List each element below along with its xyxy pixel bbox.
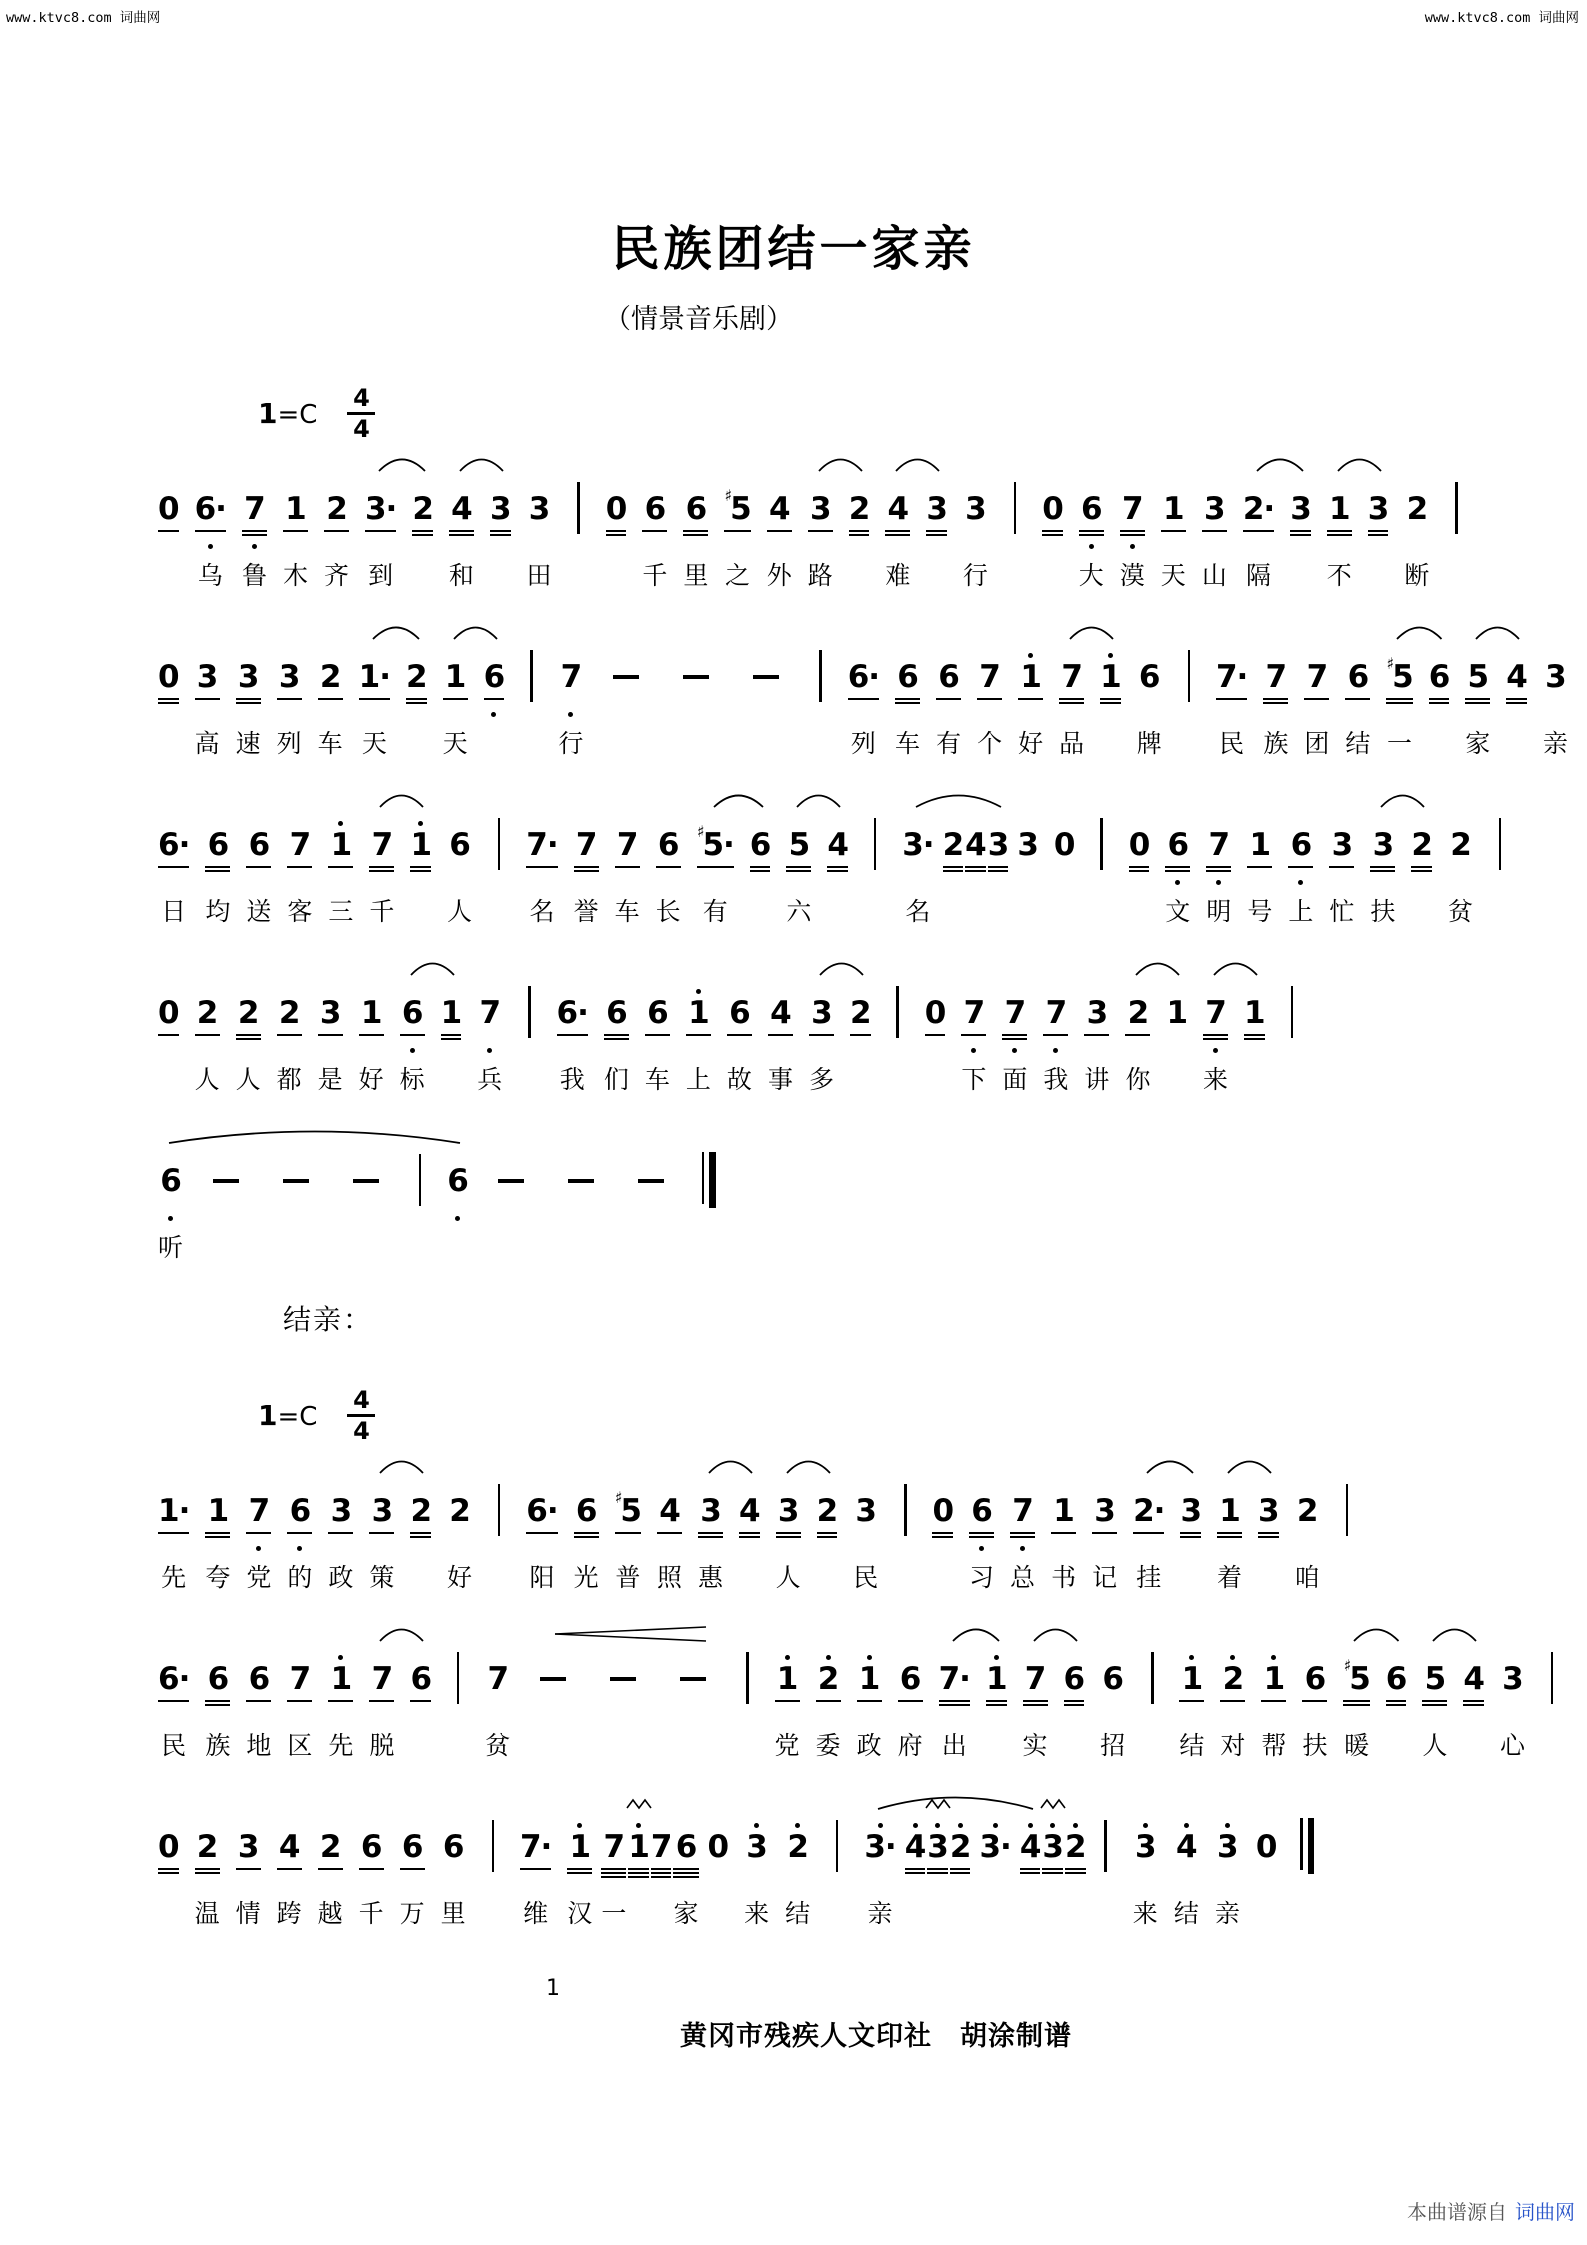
beam-underlines	[1059, 696, 1084, 708]
note-number: 1	[331, 1660, 352, 1698]
beam-underlines	[969, 1530, 994, 1542]
beam-underlines	[1304, 696, 1329, 708]
note-number: 1	[410, 826, 431, 864]
lyric-syllable	[417, 1228, 423, 1262]
dash-mark	[610, 1660, 636, 1698]
beam-underlines	[574, 864, 599, 876]
low-octave-dot	[491, 712, 496, 717]
beam-underlines	[1020, 1866, 1041, 1878]
octave-dot-area	[1143, 1814, 1148, 1828]
underline	[205, 1700, 230, 1702]
lyric-syllable	[1098, 892, 1104, 926]
bar-line-mark	[1100, 826, 1103, 864]
lyric-syllable	[715, 1894, 721, 1928]
underline	[1217, 1536, 1242, 1538]
note: 0	[156, 980, 181, 1094]
underline	[242, 534, 267, 536]
duration-dash	[681, 644, 711, 758]
underline	[1002, 1038, 1027, 1040]
beam-underlines	[943, 864, 964, 876]
note: 7我	[1041, 980, 1070, 1094]
octave-dot-area	[993, 1814, 998, 1828]
beam-underlines	[412, 528, 433, 540]
note: 7团	[1302, 644, 1331, 758]
notes-row: 6听 6	[150, 1148, 1370, 1262]
low-octave-dot	[979, 1546, 984, 1551]
note: 1号	[1245, 812, 1274, 926]
beam-underlines	[604, 1032, 629, 1044]
note: 1着	[1215, 1478, 1244, 1592]
underline	[236, 702, 261, 704]
beam-underlines	[708, 1866, 729, 1878]
underline	[158, 1868, 179, 1870]
lyric-syllable	[526, 1060, 532, 1094]
underline	[236, 1038, 261, 1040]
lyric-syllable: 来	[744, 1894, 769, 1928]
underline	[950, 1868, 971, 1870]
beam-underlines	[1042, 1866, 1063, 1878]
sharp-icon: ♯	[615, 1490, 622, 1506]
lyric-syllable	[658, 1894, 664, 1928]
note: 6习	[967, 1478, 996, 1592]
lyric-syllable	[165, 1894, 171, 1928]
note: 7兵	[475, 980, 504, 1094]
dash-stroke	[613, 675, 639, 679]
lyric-syllable: 难	[885, 556, 910, 590]
lyric-syllable: 结	[1179, 1726, 1204, 1760]
lyric-syllable	[1107, 724, 1113, 758]
note-number: 6·	[195, 490, 226, 528]
octave-dot-area	[1028, 644, 1033, 658]
underline	[574, 870, 599, 872]
octave-dot-area	[491, 708, 496, 720]
notes-row: 0 2人2人2都3是1好6标1 7兵 6·我6们6车1上6故4事3多2 0 7下…	[150, 980, 1370, 1094]
lyric-syllable: 多	[809, 1060, 834, 1094]
bar-line-mark	[457, 1660, 460, 1698]
underline	[1327, 534, 1352, 536]
note: 6有	[934, 644, 963, 758]
note-number: 2	[238, 994, 259, 1032]
low-octave-dot	[455, 1216, 460, 1221]
lyric-syllable	[1012, 556, 1018, 590]
underline	[849, 534, 870, 536]
bar-line-stroke	[498, 818, 501, 870]
source-site-link[interactable]: 词曲网	[1515, 2202, 1575, 2224]
beam-underlines	[1017, 864, 1038, 876]
note: 2咱	[1293, 1478, 1322, 1592]
note: 7总	[1008, 1478, 1037, 1592]
note-number: 1	[441, 994, 462, 1032]
lyric-syllable: 亲	[1215, 1894, 1240, 1928]
low-octave-dot	[297, 1546, 302, 1551]
lyric-syllable: 夸	[205, 1558, 230, 1592]
bar-line	[742, 1646, 752, 1760]
note-number: 3	[1290, 490, 1311, 528]
beam-underlines	[1422, 1698, 1447, 1710]
lyric-syllable: 区	[287, 1726, 312, 1760]
note: 7区	[285, 1646, 314, 1760]
underline	[1329, 866, 1354, 868]
lyric-syllable	[648, 1228, 654, 1262]
note: 7·民	[1214, 644, 1249, 758]
note-number: 0	[1129, 826, 1150, 864]
lyric-syllable	[165, 724, 171, 758]
beam-underlines	[490, 1866, 496, 1878]
beam-underlines	[702, 1200, 716, 1212]
note: 2都	[275, 980, 304, 1094]
lyric-syllable: 政	[328, 1558, 353, 1592]
slur-arc	[379, 1627, 424, 1643]
beam-underlines	[1497, 864, 1503, 876]
lyric-syllable: 车	[318, 724, 343, 758]
underline	[369, 1700, 394, 1702]
note-number: 6	[729, 994, 750, 1032]
note-number: 6·	[158, 826, 189, 864]
note: 1天	[1159, 476, 1188, 590]
underline	[1065, 1868, 1086, 1870]
note: 6人	[445, 812, 474, 926]
note-number: 2	[1407, 490, 1428, 528]
underline	[1125, 1034, 1150, 1036]
underline	[961, 1034, 986, 1036]
underline	[808, 530, 833, 532]
beam-underlines	[651, 1866, 672, 1878]
note: 4难	[883, 476, 912, 590]
beam-underlines	[895, 1032, 901, 1044]
beam-underlines	[195, 1866, 220, 1878]
underline	[567, 1868, 592, 1870]
lyric-syllable: 天	[443, 724, 468, 758]
note: 6	[1427, 644, 1452, 758]
note: 4跨	[275, 1814, 304, 1928]
underline	[1100, 698, 1121, 700]
bar-line-stroke	[528, 986, 531, 1038]
underline	[604, 1038, 629, 1040]
underline	[526, 866, 557, 868]
underline	[898, 1700, 923, 1702]
note: 2	[410, 476, 435, 590]
note-number: 6	[361, 1828, 382, 1866]
lyric-syllable: 田	[527, 556, 552, 590]
note-number: 3	[1042, 1828, 1063, 1866]
beam-underlines	[205, 1530, 230, 1542]
bar-line	[870, 812, 880, 926]
note: 6	[748, 812, 773, 926]
slur-arc	[1353, 1627, 1400, 1643]
lyric-syllable	[1419, 892, 1425, 926]
note: 7贫	[483, 1646, 512, 1760]
note-number: 2	[197, 994, 218, 1032]
beam-underlines	[1129, 864, 1150, 876]
beam-underlines	[926, 528, 947, 540]
lyric-syllable: 维	[523, 1894, 548, 1928]
note: 3多	[807, 980, 836, 1094]
underline	[932, 1532, 953, 1534]
lyric-syllable: 车	[645, 1060, 670, 1094]
underline	[1023, 1704, 1048, 1706]
octave-dot-area	[971, 1044, 976, 1056]
note-number: 3	[778, 1492, 799, 1530]
beam-underlines	[775, 1698, 800, 1710]
note: 6大	[1077, 476, 1106, 590]
lyric-syllable: 先	[328, 1726, 353, 1760]
underline	[651, 1872, 672, 1874]
underline	[651, 1868, 672, 1870]
note: 0	[1040, 476, 1065, 590]
beam-underlines	[318, 696, 343, 708]
note: 4	[825, 812, 850, 926]
lyric-syllable: 不	[1327, 556, 1352, 590]
note: 1党	[773, 1646, 802, 1760]
underline	[1290, 530, 1311, 532]
bar-line-stroke	[530, 650, 533, 702]
underline	[1203, 1034, 1228, 1036]
underline	[1180, 1532, 1201, 1534]
underline	[1120, 530, 1145, 532]
note: 3	[926, 1814, 949, 1928]
music-line: 6听 6	[150, 1124, 1370, 1262]
underline	[673, 1872, 698, 1874]
beam-underlines	[287, 1698, 312, 1710]
underline	[1092, 1532, 1117, 1534]
beam-underlines	[615, 864, 640, 876]
underline	[195, 1034, 220, 1036]
bar-line	[494, 1478, 504, 1592]
lyric-syllable	[834, 1894, 840, 1928]
beam-underlines	[1100, 696, 1121, 708]
note-number: 2	[449, 1492, 470, 1530]
beam-underlines	[786, 864, 811, 876]
lyric-syllable: 日	[161, 892, 186, 926]
note-number: 7	[290, 826, 311, 864]
note-number: 7	[1061, 658, 1082, 696]
note-number: 7	[487, 1660, 508, 1698]
lyric-syllable	[934, 1894, 940, 1928]
lyric-syllable: 们	[604, 1060, 629, 1094]
underline	[410, 866, 431, 868]
underline	[1161, 530, 1186, 532]
slur-arc	[1380, 793, 1425, 809]
underline	[1465, 702, 1490, 704]
beam-underlines	[1043, 1032, 1068, 1044]
mordent-icon	[1040, 1798, 1066, 1810]
lyric-syllable	[620, 1726, 626, 1760]
low-octave-dot	[1298, 880, 1303, 885]
note-number: 3	[238, 1828, 259, 1866]
beam-underlines	[1065, 1866, 1086, 1878]
note-number: 3	[811, 994, 832, 1032]
lyric-syllable: 均	[205, 892, 230, 926]
underline	[277, 1034, 302, 1036]
beam-underlines	[727, 1032, 752, 1044]
lyric-syllable	[293, 1228, 299, 1262]
beam-underlines	[1166, 1032, 1187, 1044]
beam-underlines	[213, 1200, 239, 1212]
lyric-syllable	[576, 556, 582, 590]
lyric-syllable	[496, 1558, 502, 1592]
underline	[158, 698, 179, 700]
beam-underlines	[776, 1530, 801, 1542]
bar-line-mark	[577, 490, 580, 528]
underline	[739, 1532, 760, 1534]
underline	[1429, 698, 1450, 700]
lyric-syllable: 民	[1219, 724, 1244, 758]
bar-line-mark	[1151, 1660, 1154, 1698]
note-number: 2	[818, 1660, 839, 1698]
dash-mark	[213, 1162, 239, 1200]
note: 3·名	[900, 812, 935, 926]
note-number: 1	[1264, 1660, 1285, 1698]
beam-underlines	[857, 1698, 882, 1710]
note-number: 7·	[1216, 658, 1247, 696]
bar-line	[1147, 1646, 1157, 1760]
lyric-syllable: 长	[656, 892, 681, 926]
underline	[925, 1034, 946, 1036]
duration-dash	[496, 1148, 526, 1262]
note: 0	[930, 1478, 955, 1592]
lyric-syllable: 地	[246, 1726, 271, 1760]
beam-underlines	[277, 1032, 302, 1044]
beam-underlines	[1133, 1866, 1158, 1878]
underline	[1002, 1034, 1027, 1036]
lyric-syllable	[1027, 1894, 1033, 1928]
beam-underlines	[750, 864, 771, 876]
underline	[926, 530, 947, 532]
beam-underlines	[895, 696, 920, 708]
beam-underlines	[1263, 696, 1288, 708]
underline	[318, 1034, 343, 1036]
beam-underlines	[1288, 864, 1313, 876]
note-number: 6	[1305, 1660, 1326, 1698]
beam-underlines	[328, 1698, 353, 1710]
octave-dot-area	[168, 1212, 173, 1224]
octave-dot-area	[1020, 1542, 1025, 1554]
beam-underlines	[961, 1032, 986, 1044]
duration-dash	[678, 1646, 708, 1760]
beam-underlines	[1500, 1698, 1525, 1710]
beam-underlines	[1411, 864, 1432, 876]
note-number: 2	[817, 1492, 838, 1530]
beam-underlines	[1098, 864, 1104, 876]
lyric-syllable: 乌	[198, 556, 223, 590]
note: 3	[1288, 476, 1313, 590]
beam-underlines	[1203, 1032, 1228, 1044]
note-number: 6	[1081, 490, 1102, 528]
beam-underlines	[447, 1200, 468, 1212]
note: 0	[923, 980, 948, 1094]
meter-numerator: 4	[353, 1388, 370, 1412]
underline	[359, 698, 390, 700]
lyric-syllable	[1186, 724, 1192, 758]
beam-underlines	[557, 1032, 588, 1044]
underline	[369, 866, 394, 868]
note: 0	[156, 476, 181, 590]
meter-denominator: 4	[353, 1419, 370, 1443]
lyric-syllable	[578, 1228, 584, 1262]
lyric-syllable: 和	[449, 556, 474, 590]
lyric-syllable: 党	[246, 1558, 271, 1592]
beam-underlines	[628, 1866, 649, 1878]
bar-line	[1287, 980, 1297, 1094]
note: 2人	[234, 980, 263, 1094]
underline	[441, 1034, 462, 1036]
lyric-syllable	[693, 724, 699, 758]
note: 7行	[556, 644, 585, 758]
lyric-syllable: 是	[318, 1060, 343, 1094]
note-number: 6	[576, 1492, 597, 1530]
dash-stroke	[638, 1179, 664, 1183]
note: 6车	[643, 980, 672, 1094]
beam-underlines	[410, 1530, 431, 1542]
note: 1木	[281, 476, 310, 590]
note-number: 3	[1087, 994, 1108, 1032]
note-number: 3	[855, 1492, 876, 1530]
bar-line-mark	[1499, 826, 1502, 864]
note-number: 0	[708, 1828, 729, 1866]
lyric-syllable: 情	[236, 1894, 261, 1928]
note: 6招	[1098, 1646, 1127, 1760]
note-number: 7	[1205, 994, 1226, 1032]
lyric-syllable: 三	[328, 892, 353, 926]
lyric-syllable: 结	[1345, 724, 1370, 758]
underline	[1258, 1536, 1279, 1538]
lyric-syllable	[496, 892, 502, 926]
underline	[767, 530, 792, 532]
note: 2你	[1123, 980, 1152, 1094]
note: 6们	[602, 980, 631, 1094]
note: 6听	[156, 1148, 185, 1262]
slur-arc	[1213, 961, 1258, 977]
note-number: 6	[1168, 826, 1189, 864]
octave-dot-area	[577, 1814, 582, 1828]
bar-line-stroke	[1551, 1652, 1554, 1704]
note: 3高	[193, 644, 222, 758]
note: 3山	[1200, 476, 1229, 590]
dash-mark	[638, 1162, 664, 1200]
note-number: 1	[445, 658, 466, 696]
beam-underlines	[328, 864, 353, 876]
underline	[328, 866, 353, 868]
note: 6千	[640, 476, 669, 590]
octave-dot-area	[1175, 876, 1180, 888]
underline	[158, 1700, 189, 1702]
note: 6族	[203, 1646, 232, 1760]
lyric-syllable	[1297, 556, 1303, 590]
note-number: 6	[1064, 1660, 1085, 1698]
note-number: 3	[1332, 826, 1353, 864]
note-number: 0	[158, 994, 179, 1032]
underline	[287, 1532, 312, 1534]
underline	[1258, 1532, 1279, 1534]
underline	[1216, 698, 1247, 700]
note-number: 6	[647, 994, 668, 1032]
underline	[1345, 698, 1370, 700]
note: 3亲	[1541, 644, 1570, 758]
note-number: 3	[1180, 1492, 1201, 1530]
note: 2人	[193, 980, 222, 1094]
underline	[750, 870, 771, 872]
underline	[246, 1700, 271, 1702]
note-number: 1	[688, 994, 709, 1032]
beam-underlines	[369, 864, 394, 876]
note-number: 4	[888, 490, 909, 528]
beam-underlines	[1042, 528, 1063, 540]
note-number: 0	[1054, 826, 1075, 864]
beam-underlines	[827, 864, 848, 876]
lyric-syllable: 心	[1500, 1726, 1525, 1760]
underline	[1023, 1700, 1048, 1702]
lyric-syllable	[1304, 1894, 1310, 1928]
